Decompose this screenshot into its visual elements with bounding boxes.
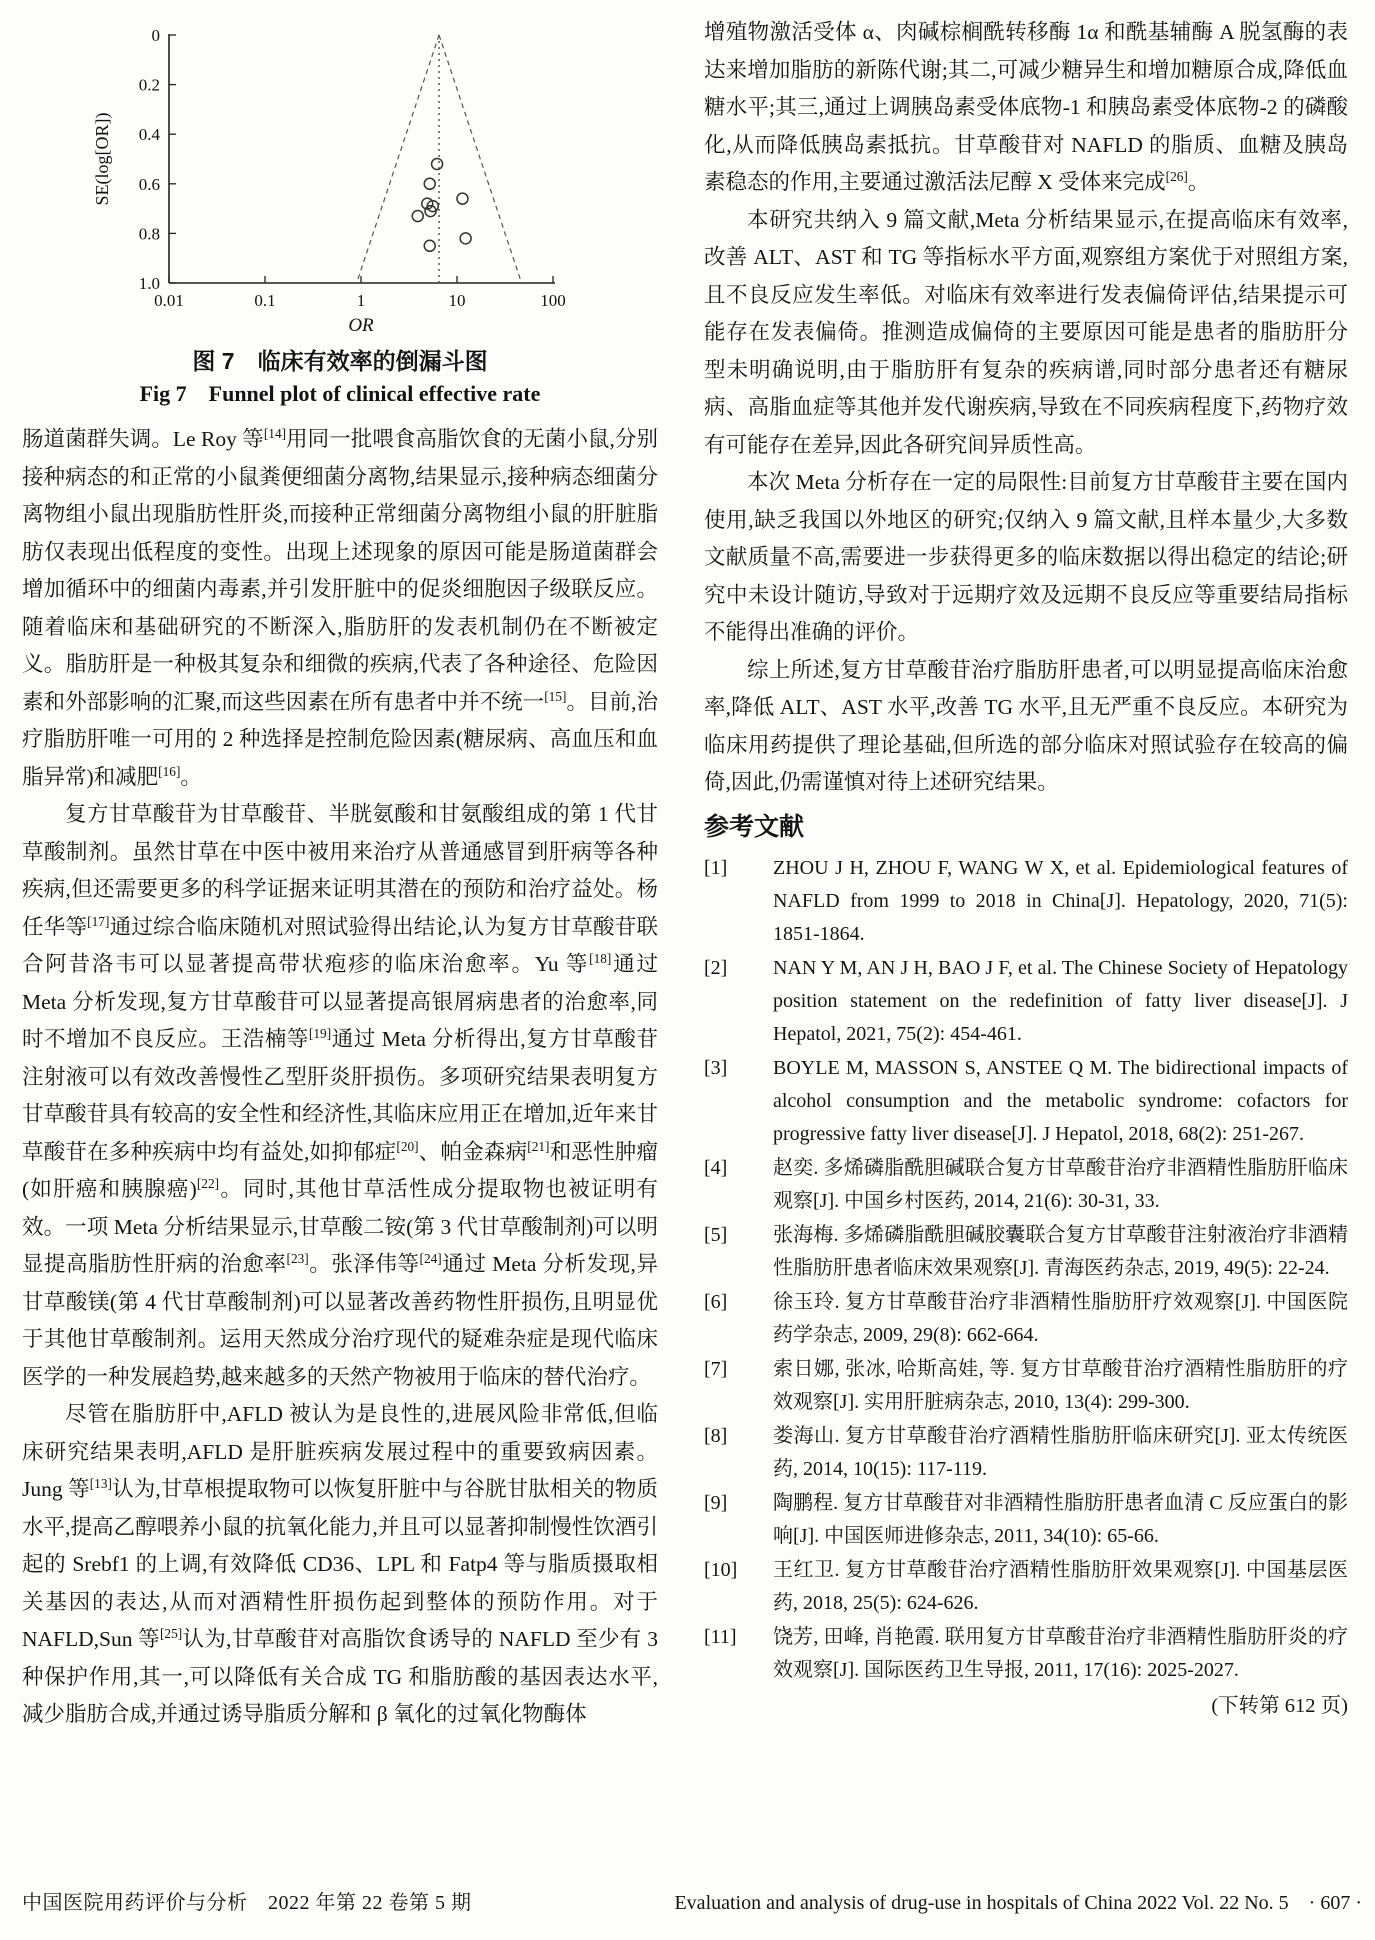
figure-caption-zh: 图 7 临床有效率的倒漏斗图 [22,345,658,377]
reference-item: [8] 娄海山. 复方甘草酸苷治疗酒精性脂肪肝临床研究[J]. 亚太传统医药, … [704,1420,1348,1486]
reference-label: [7] [704,1353,727,1386]
reference-item: [7] 索日娜, 张冰, 哈斯高娃, 等. 复方甘草酸苷治疗酒精性脂肪肝的疗效观… [704,1353,1348,1419]
reference-text: 赵奕. 多烯磷脂酰胆碱联合复方甘草酸苷治疗非酒精性脂肪肝临床观察[J]. 中国乡… [773,1157,1348,1212]
svg-text:0: 0 [152,26,161,45]
reference-label: [8] [704,1420,727,1453]
reference-text: 饶芳, 田峰, 肖艳霞. 联用复方甘草酸苷治疗非酒精性脂肪肝炎的疗效观察[J].… [773,1626,1348,1681]
paragraph: 尽管在脂肪肝中,AFLD 被认为是良性的,进展风险非常低,但临床研究结果表明,A… [22,1396,658,1734]
reference-item: [9] 陶鹏程. 复方甘草酸苷对非酒精性脂肪肝患者血清 C 反应蛋白的影响[J]… [704,1487,1348,1553]
reference-text: BOYLE M, MASSON S, ANSTEE Q M. The bidir… [773,1057,1348,1145]
figure-caption-en: Fig 7 Funnel plot of clinical effective … [22,379,658,409]
page-footer: 中国医院用药评价与分析 2022 年第 22 卷第 5 期 Evaluation… [22,1886,1362,1915]
reference-item: [6] 徐玉玲. 复方甘草酸苷治疗非酒精性脂肪肝疗效观察[J]. 中国医院药学杂… [704,1286,1348,1352]
reference-label: [6] [704,1286,727,1319]
left-body-text: 肠道菌群失调。Le Roy 等[14]用同一批喂食高脂饮食的无菌小鼠,分别接种病… [22,421,658,1734]
reference-text: 陶鹏程. 复方甘草酸苷对非酒精性脂肪肝患者血清 C 反应蛋白的影响[J]. 中国… [773,1492,1348,1547]
paragraph: 本次 Meta 分析存在一定的局限性:目前复方甘草酸苷主要在国内使用,缺乏我国以… [704,464,1348,652]
paragraph: 复方甘草酸苷为甘草酸苷、半胱氨酸和甘氨酸组成的第 1 代甘草酸制剂。虽然甘草在中… [22,796,658,1396]
references-list: [1] ZHOU J H, ZHOU F, WANG W X, et al. E… [704,852,1348,1687]
paragraph: 增殖物激活受体 α、肉碱棕榈酰转移酶 1α 和酰基辅酶 A 脱氢酶的表达来增加脂… [704,14,1348,202]
svg-text:10: 10 [449,291,466,310]
reference-item: [11] 饶芳, 田峰, 肖艳霞. 联用复方甘草酸苷治疗非酒精性脂肪肝炎的疗效观… [704,1621,1348,1687]
continuation-note: (下转第 612 页) [704,1689,1348,1723]
footer-journal-zh: 中国医院用药评价与分析 2022 年第 22 卷第 5 期 [22,1886,472,1915]
right-column: 增殖物激活受体 α、肉碱棕榈酰转移酶 1α 和酰基辅酶 A 脱氢酶的表达来增加脂… [704,14,1348,1723]
reference-label: [1] [704,852,727,885]
reference-item: [2] NAN Y M, AN J H, BAO J F, et al. The… [704,952,1348,1051]
reference-label: [2] [704,952,727,985]
reference-item: [5] 张海梅. 多烯磷脂酰胆碱胶囊联合复方甘草酸苷注射液治疗非酒精性脂肪肝患者… [704,1219,1348,1285]
svg-text:1: 1 [357,291,366,310]
reference-text: ZHOU J H, ZHOU F, WANG W X, et al. Epide… [773,857,1348,945]
reference-text: 徐玉玲. 复方甘草酸苷治疗非酒精性脂肪肝疗效观察[J]. 中国医院药学杂志, 2… [773,1291,1348,1346]
reference-label: [9] [704,1487,727,1520]
reference-item: [4] 赵奕. 多烯磷脂酰胆碱联合复方甘草酸苷治疗非酒精性脂肪肝临床观察[J].… [704,1152,1348,1218]
svg-text:0.01: 0.01 [154,291,184,310]
reference-item: [10] 王红卫. 复方甘草酸苷治疗酒精性脂肪肝效果观察[J]. 中国基层医药,… [704,1554,1348,1620]
reference-label: [5] [704,1219,727,1252]
reference-label: [4] [704,1152,727,1185]
svg-text:0.4: 0.4 [139,125,161,144]
journal-page: 00.20.40.60.81.00.010.1110100SE(log[OR])… [0,0,1375,1940]
paragraph: 本研究共纳入 9 篇文献,Meta 分析结果显示,在提高临床有效率,改善 ALT… [704,202,1348,465]
reference-item: [3] BOYLE M, MASSON S, ANSTEE Q M. The b… [704,1052,1348,1151]
reference-text: 张海梅. 多烯磷脂酰胆碱胶囊联合复方甘草酸苷注射液治疗非酒精性脂肪肝患者临床效果… [773,1224,1348,1279]
reference-label: [3] [704,1052,727,1085]
reference-label: [11] [704,1621,737,1654]
svg-text:SE(log[OR]): SE(log[OR]) [92,113,113,206]
reference-text: 娄海山. 复方甘草酸苷治疗酒精性脂肪肝临床研究[J]. 亚太传统医药, 2014… [773,1425,1348,1480]
left-column: 00.20.40.60.81.00.010.1110100SE(log[OR])… [22,8,658,1734]
reference-item: [1] ZHOU J H, ZHOU F, WANG W X, et al. E… [704,852,1348,951]
reference-label: [10] [704,1554,737,1587]
svg-text:0.2: 0.2 [139,76,160,95]
reference-text: 王红卫. 复方甘草酸苷治疗酒精性脂肪肝效果观察[J]. 中国基层医药, 2018… [773,1559,1348,1614]
svg-text:0.8: 0.8 [139,224,160,243]
footer-journal-en-page: Evaluation and analysis of drug-use in h… [674,1886,1362,1915]
svg-text:0.6: 0.6 [139,175,160,194]
svg-text:0.1: 0.1 [254,291,275,310]
reference-text: 索日娜, 张冰, 哈斯高娃, 等. 复方甘草酸苷治疗酒精性脂肪肝的疗效观察[J]… [773,1358,1348,1413]
paragraph: 综上所述,复方甘草酸苷治疗脂肪肝患者,可以明显提高临床治愈率,降低 ALT、AS… [704,652,1348,802]
svg-text:100: 100 [540,291,566,310]
funnel-plot-chart: 00.20.40.60.81.00.010.1110100SE(log[OR])… [86,8,568,338]
svg-text:OR: OR [348,315,374,336]
references-heading: 参考文献 [704,810,1348,844]
reference-text: NAN Y M, AN J H, BAO J F, et al. The Chi… [773,957,1348,1045]
funnel-figure: 00.20.40.60.81.00.010.1110100SE(log[OR])… [86,8,658,343]
paragraph: 肠道菌群失调。Le Roy 等[14]用同一批喂食高脂饮食的无菌小鼠,分别接种病… [22,421,658,796]
